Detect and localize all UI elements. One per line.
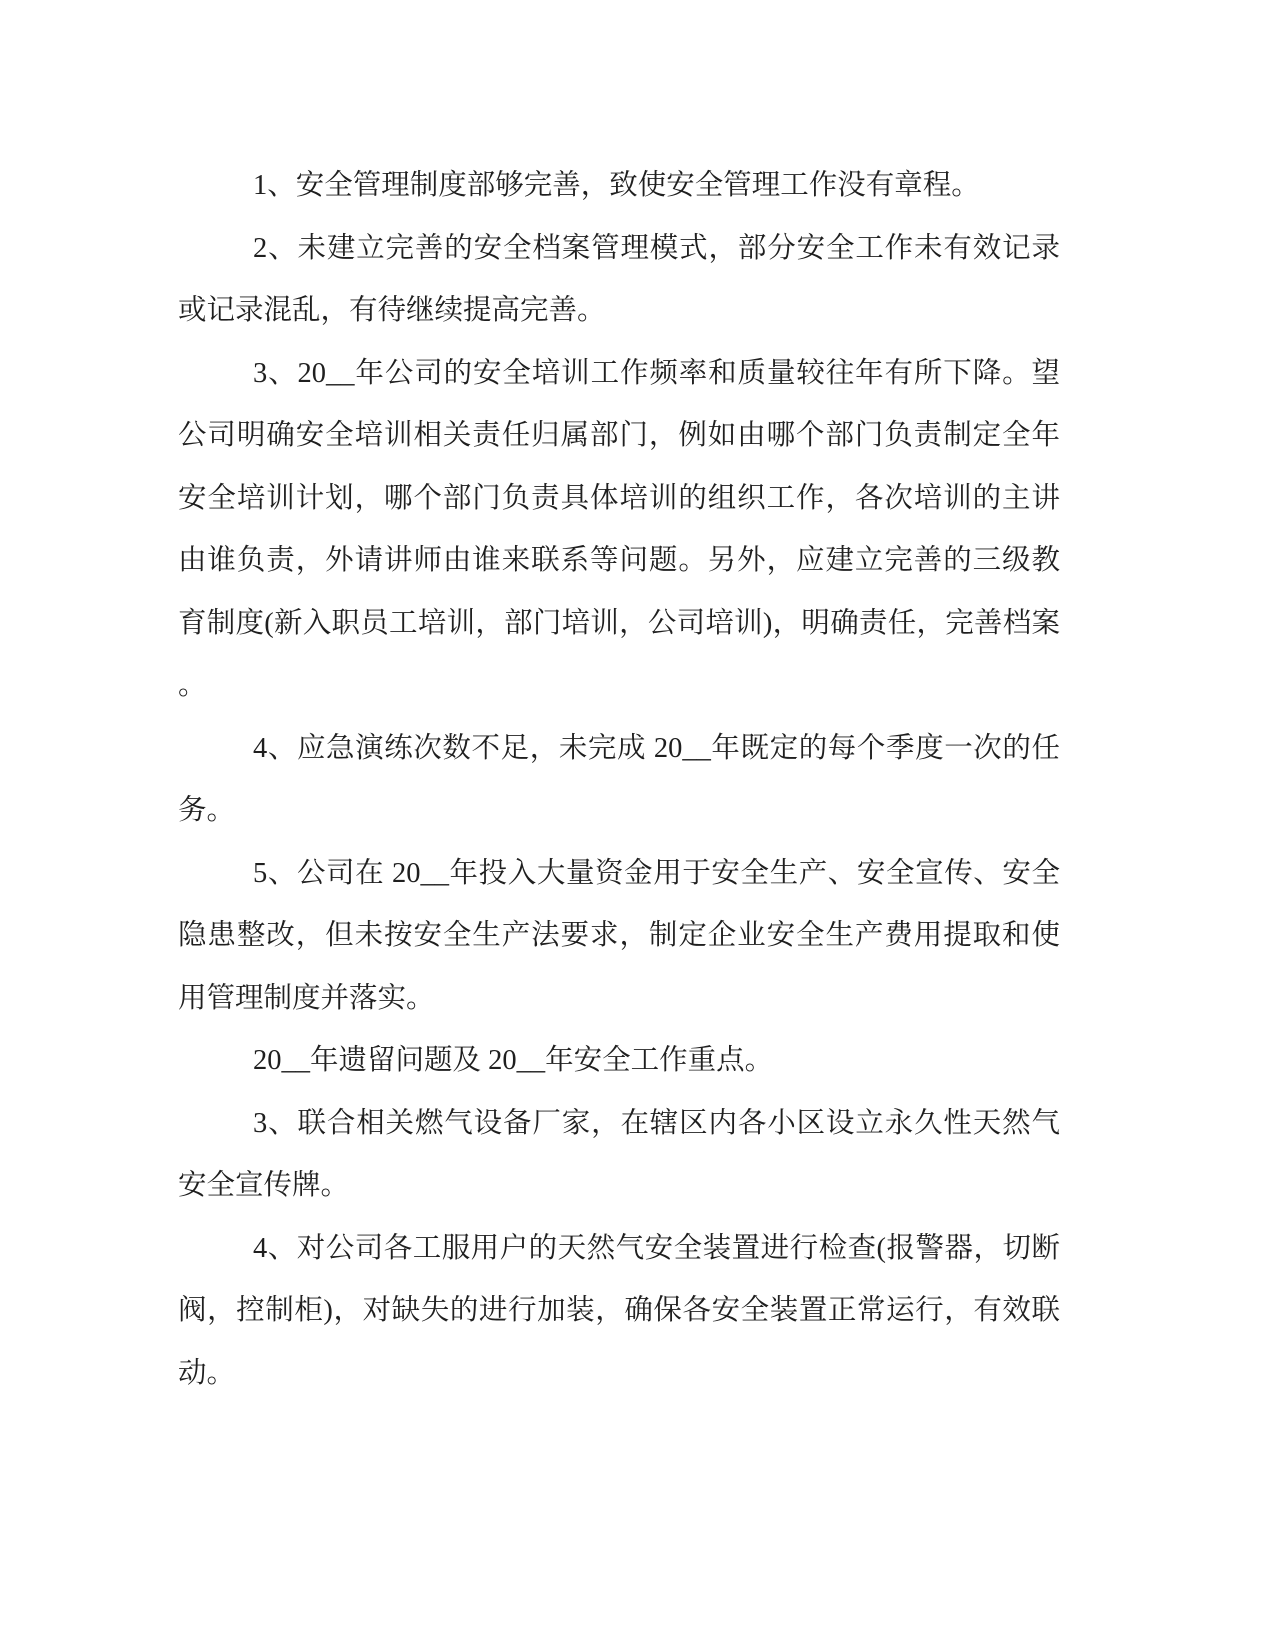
paragraph-2-line-1: 2、未建立完善的安全档案管理模式，部分安全工作未有效记录 [178, 218, 1060, 281]
paragraph-4-line-2: 务。 [178, 780, 1060, 843]
paragraph-8-line-2: 阀，控制柜)，对缺失的进行加装，确保各安全装置正常运行，有效联 [178, 1280, 1060, 1343]
paragraph-3-line-2: 公司明确安全培训相关责任归属部门，例如由哪个部门负责制定全年 [178, 405, 1060, 468]
paragraph-8-line-3: 动。 [178, 1343, 1060, 1406]
paragraph-1-line-1: 1、安全管理制度部够完善，致使安全管理工作没有章程。 [178, 155, 1060, 218]
paragraph-3-line-5: 育制度(新入职员工培训，部门培训，公司培训)，明确责任，完善档案 [178, 593, 1060, 656]
paragraph-7: 3、联合相关燃气设备厂家，在辖区内各小区设立永久性天然气安全宣传牌。 [178, 1093, 1060, 1218]
paragraph-8-line-1: 4、对公司各工服用户的天然气安全装置进行检查(报警器，切断 [178, 1218, 1060, 1281]
paragraph-3: 3、20__年公司的安全培训工作频率和质量较往年有所下降。望公司明确安全培训相关… [178, 343, 1060, 718]
document-body: 1、安全管理制度部够完善，致使安全管理工作没有章程。2、未建立完善的安全档案管理… [178, 155, 1060, 1405]
paragraph-3-line-6: 。 [178, 655, 1060, 718]
paragraph-7-line-1: 3、联合相关燃气设备厂家，在辖区内各小区设立永久性天然气 [178, 1093, 1060, 1156]
document-page: 1、安全管理制度部够完善，致使安全管理工作没有章程。2、未建立完善的安全档案管理… [0, 0, 1275, 1650]
paragraph-3-line-4: 由谁负责，外请讲师由谁来联系等问题。另外，应建立完善的三级教 [178, 530, 1060, 593]
paragraph-7-line-2: 安全宣传牌。 [178, 1155, 1060, 1218]
paragraph-6-line-1: 20__年遗留问题及 20__年安全工作重点。 [178, 1030, 1060, 1093]
paragraph-4: 4、应急演练次数不足，未完成 20__年既定的每个季度一次的任务。 [178, 718, 1060, 843]
paragraph-5-line-1: 5、公司在 20__年投入大量资金用于安全生产、安全宣传、安全 [178, 843, 1060, 906]
paragraph-4-line-1: 4、应急演练次数不足，未完成 20__年既定的每个季度一次的任 [178, 718, 1060, 781]
paragraph-5-line-2: 隐患整改，但未按安全生产法要求，制定企业安全生产费用提取和使 [178, 905, 1060, 968]
paragraph-2: 2、未建立完善的安全档案管理模式，部分安全工作未有效记录或记录混乱，有待继续提高… [178, 218, 1060, 343]
paragraph-3-line-3: 安全培训计划，哪个部门负责具体培训的组织工作，各次培训的主讲 [178, 468, 1060, 531]
paragraph-5: 5、公司在 20__年投入大量资金用于安全生产、安全宣传、安全隐患整改，但未按安… [178, 843, 1060, 1031]
paragraph-8: 4、对公司各工服用户的天然气安全装置进行检查(报警器，切断阀，控制柜)，对缺失的… [178, 1218, 1060, 1406]
paragraph-6: 20__年遗留问题及 20__年安全工作重点。 [178, 1030, 1060, 1093]
paragraph-1: 1、安全管理制度部够完善，致使安全管理工作没有章程。 [178, 155, 1060, 218]
paragraph-5-line-3: 用管理制度并落实。 [178, 968, 1060, 1031]
paragraph-3-line-1: 3、20__年公司的安全培训工作频率和质量较往年有所下降。望 [178, 343, 1060, 406]
paragraph-2-line-2: 或记录混乱，有待继续提高完善。 [178, 280, 1060, 343]
